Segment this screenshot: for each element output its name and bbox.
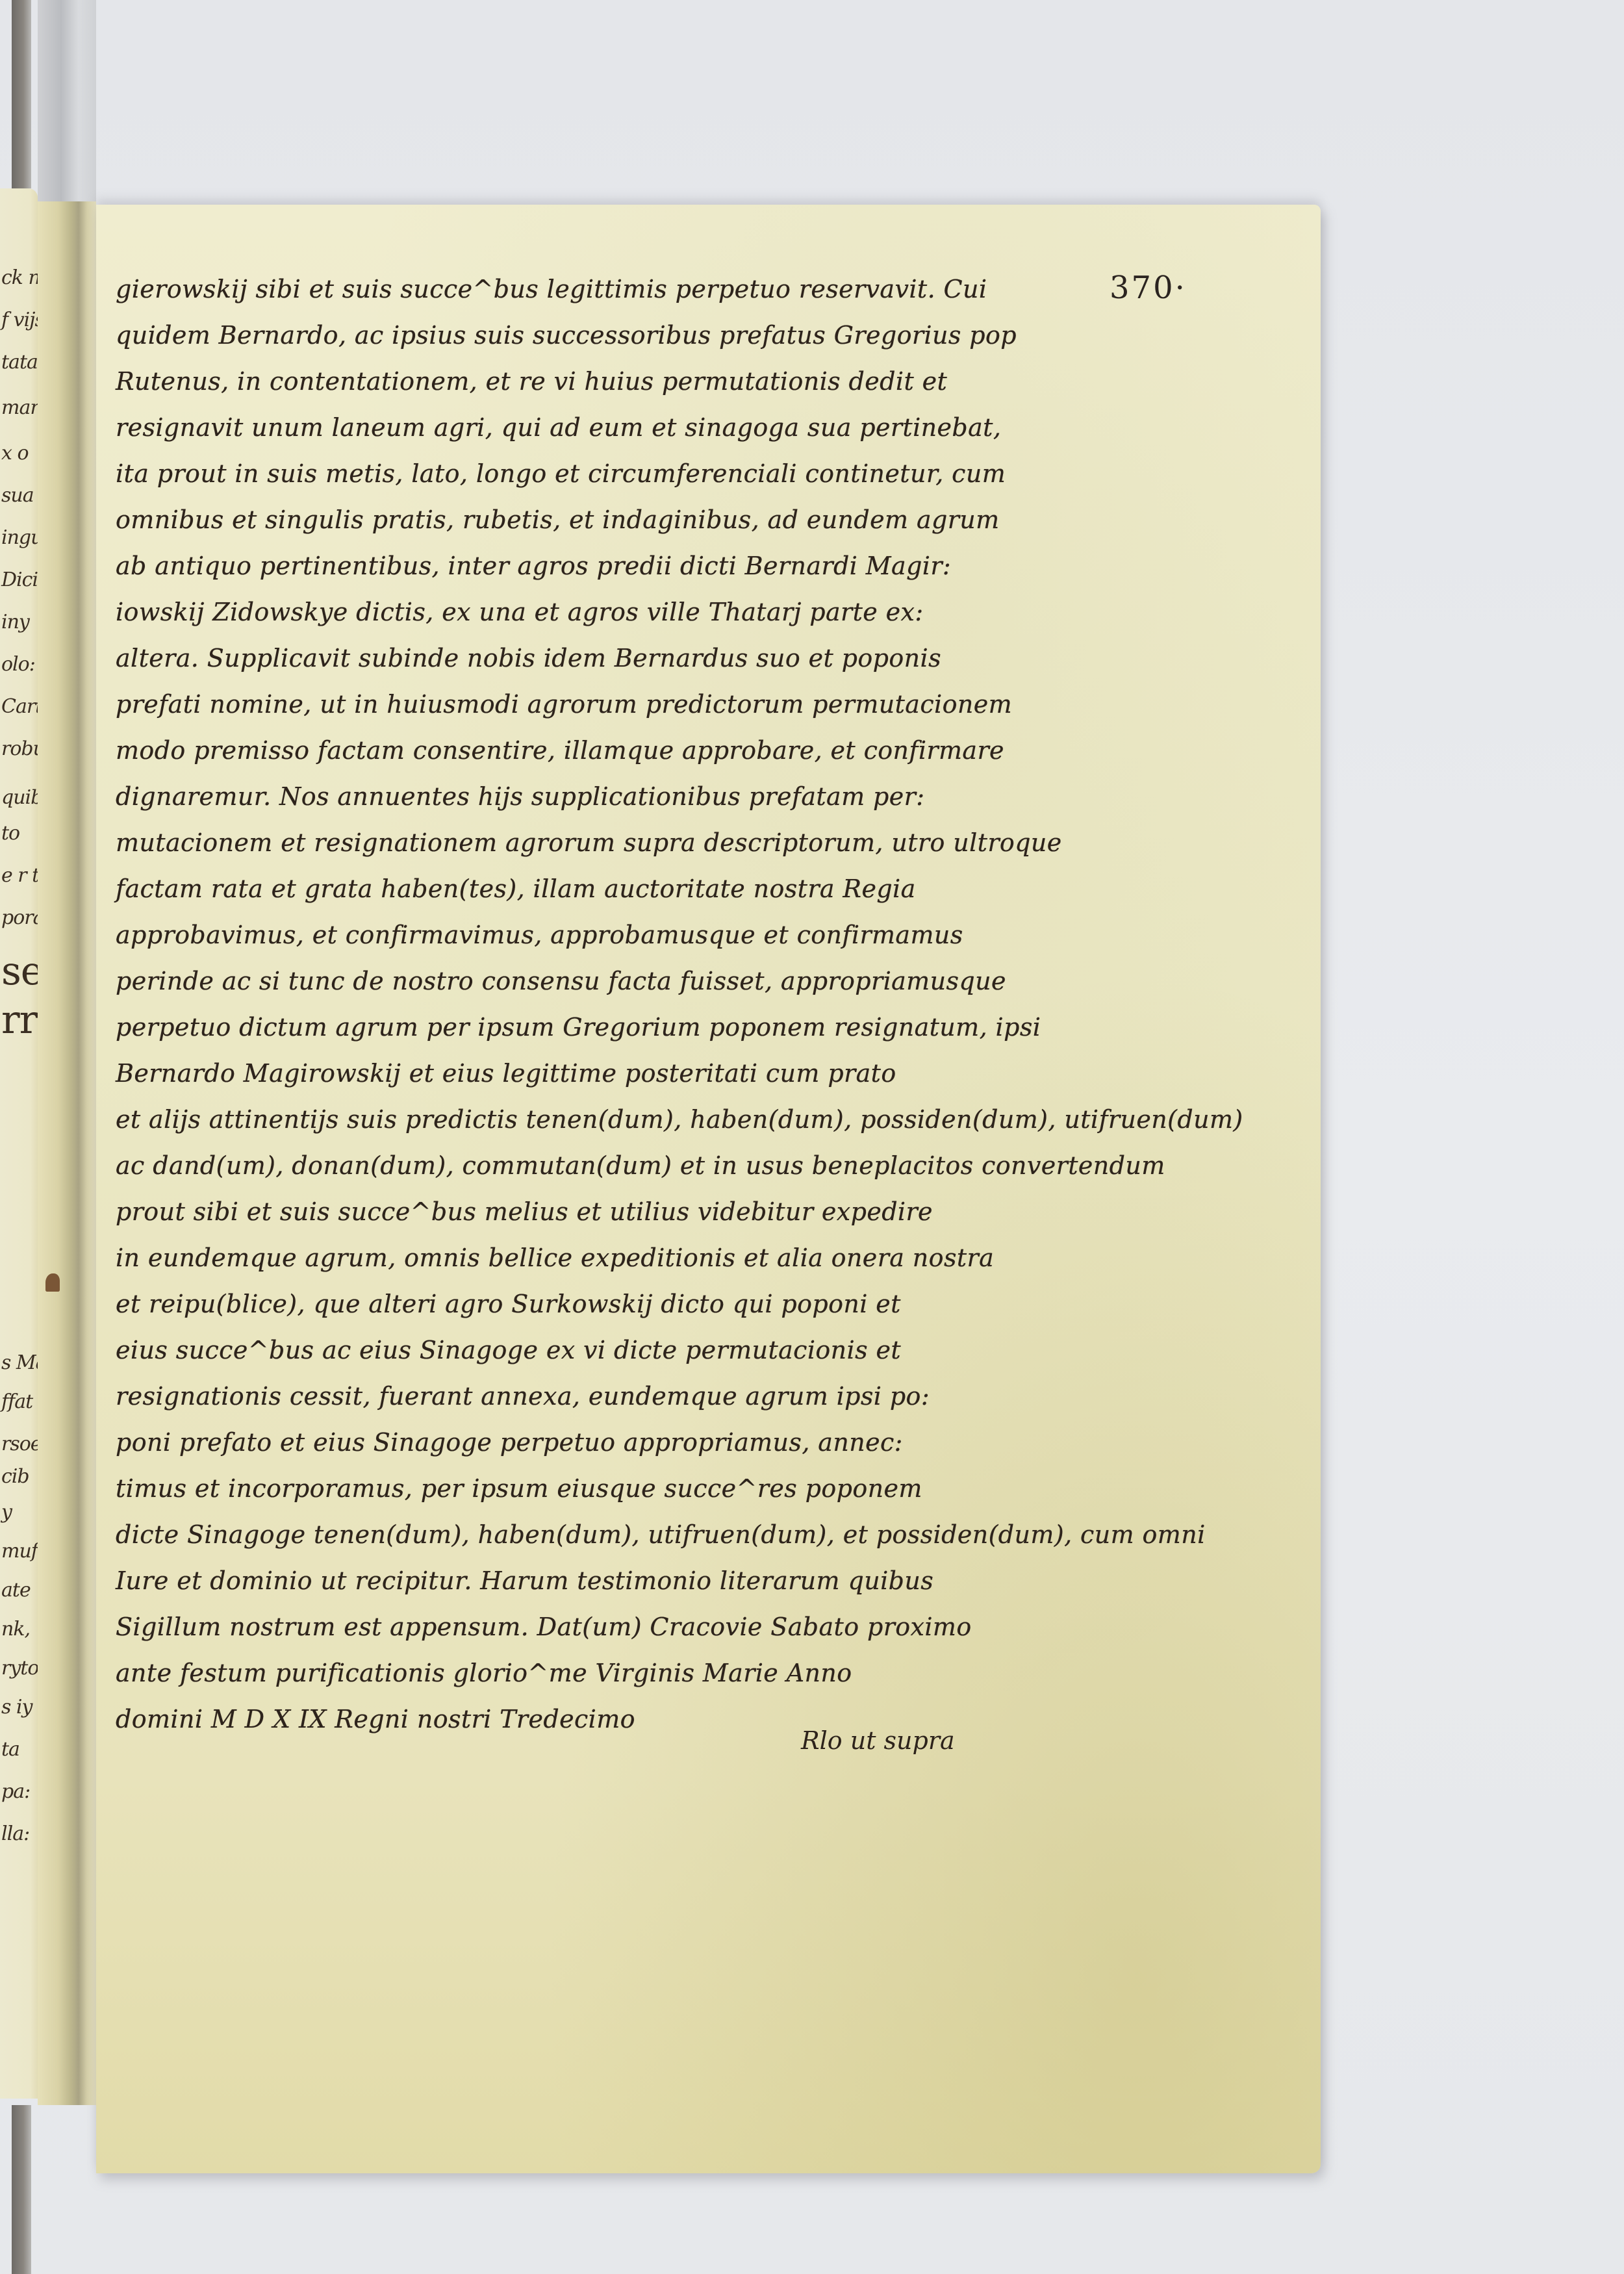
facing-page-text: s Ma: xyxy=(1,1351,38,1374)
text-line: quidem Bernardo, ac ipsius suis successo… xyxy=(116,313,1129,359)
facing-page-text: ck nec xyxy=(1,266,38,289)
text-line: factam rata et grata haben(tes), illam a… xyxy=(116,866,1129,912)
book-gutter xyxy=(38,201,96,2105)
text-line: prefati nomine, ut in huiusmodi agrorum … xyxy=(116,682,1129,728)
text-line: timus et incorporamus, per ipsum eiusque… xyxy=(116,1466,1129,1512)
facing-page-text: nk, xyxy=(1,1618,30,1641)
facing-page-text: marc xyxy=(1,396,38,419)
facing-page-text: rsoe xyxy=(1,1433,38,1455)
facing-page-text: y xyxy=(1,1501,12,1524)
text-line: gierowskij sibi et suis succe^bus legitt… xyxy=(116,266,1129,313)
facing-page-text: lla: xyxy=(1,1822,29,1845)
facing-page-text: quiby xyxy=(1,786,38,809)
text-line: resignationis cessit, fuerant annexa, eu… xyxy=(116,1373,1129,1420)
facing-page-text: ryto xyxy=(1,1657,38,1680)
text-line: modo premisso factam consentire, illamqu… xyxy=(116,728,1129,774)
wax-stain xyxy=(45,1273,60,1292)
facing-page-text: olo: xyxy=(1,653,35,676)
facing-page-heading-text: rro xyxy=(1,997,38,1043)
facing-page-text: s iy xyxy=(1,1696,32,1718)
facing-page-text: ta xyxy=(1,1738,19,1761)
binding-clip-bottom xyxy=(12,2105,31,2274)
facing-page-text: x o xyxy=(1,442,29,465)
facing-page-text: f vijs. xyxy=(1,309,38,331)
text-line: dicte Sinagoge tenen(dum), haben(dum), u… xyxy=(116,1512,1129,1558)
text-line: Iure et dominio ut recipitur. Harum test… xyxy=(116,1558,1129,1604)
text-line: eius succe^bus ac eius Sinagoge ex vi di… xyxy=(116,1327,1129,1373)
text-line: perinde ac si tunc de nostro consensu fa… xyxy=(116,958,1129,1004)
facing-page-text: e r t xyxy=(1,864,38,887)
text-line: dignaremur. Nos annuentes hijs supplicat… xyxy=(116,774,1129,820)
facing-page-text: ate xyxy=(1,1579,31,1602)
manuscript-page: 370· gierowskij sibi et suis succe^bus l… xyxy=(96,205,1321,2173)
text-line: iowskij Zidowskye dictis, ex una et agro… xyxy=(116,589,1129,635)
text-line: et alijs attinentijs suis predictis tene… xyxy=(116,1097,1129,1143)
facing-page-fragment: ck nec f vijs. tata, marc x o sua ingula… xyxy=(0,188,38,2099)
facing-page-text: mufi xyxy=(1,1540,38,1563)
facing-page-text: iny xyxy=(1,611,29,633)
text-line: omnibus et singulis pratis, rubetis, et … xyxy=(116,497,1129,543)
facing-page-text: cib xyxy=(1,1465,29,1488)
text-line: poni prefato et eius Sinagoge perpetuo a… xyxy=(116,1420,1129,1466)
facing-page-text: ffat xyxy=(1,1390,32,1413)
facing-page-text: robus xyxy=(1,737,38,760)
text-line: prout sibi et suis succe^bus melius et u… xyxy=(116,1189,1129,1235)
text-line: ita prout in suis metis, lato, longo et … xyxy=(116,451,1129,497)
text-line: ac dand(um), donan(dum), commutan(dum) e… xyxy=(116,1143,1129,1189)
gutter-shadow xyxy=(38,0,96,201)
facing-page-heading-text: se xyxy=(1,949,38,994)
facing-page-text: sua xyxy=(1,484,34,507)
facing-page-text: tata, xyxy=(1,351,38,374)
text-line: ab antiquo pertinentibus, inter agros pr… xyxy=(116,543,1129,589)
text-line: perpetuo dictum agrum per ipsum Gregoriu… xyxy=(116,1004,1129,1051)
text-line: mutacionem et resignationem agrorum supr… xyxy=(116,820,1129,866)
text-line: et reipu(blice), que alteri agro Surkows… xyxy=(116,1281,1129,1327)
facing-page-text: to xyxy=(1,822,19,845)
facing-page-text: pora xyxy=(1,906,38,929)
text-line: ante festum purificationis glorio^me Vir… xyxy=(116,1650,1129,1696)
facing-page-text: Dicit xyxy=(1,568,38,591)
text-line: altera. Supplicavit subinde nobis idem B… xyxy=(116,635,1129,682)
text-line: Sigillum nostrum est appensum. Dat(um) C… xyxy=(116,1604,1129,1650)
main-text-block: gierowskij sibi et suis succe^bus legitt… xyxy=(116,266,1129,1743)
text-line: approbavimus, et confirmavimus, approbam… xyxy=(116,912,1129,958)
text-line: in eundemque agrum, omnis bellice expedi… xyxy=(116,1235,1129,1281)
closing-note: Rlo ut supra xyxy=(801,1726,955,1755)
facing-page-text: Carta xyxy=(1,695,38,718)
text-line: resignavit unum laneum agri, qui ad eum … xyxy=(116,405,1129,451)
text-line: Bernardo Magirowskij et eius legittime p… xyxy=(116,1051,1129,1097)
binding-clip-top xyxy=(12,0,31,188)
facing-page-text: pa: xyxy=(1,1780,30,1803)
facing-page-text: ingula xyxy=(1,526,38,549)
text-line-dating: domini M D X IX Regni nostri Tredecimo xyxy=(116,1696,1129,1743)
text-line: Rutenus, in contentationem, et re vi hui… xyxy=(116,359,1129,405)
